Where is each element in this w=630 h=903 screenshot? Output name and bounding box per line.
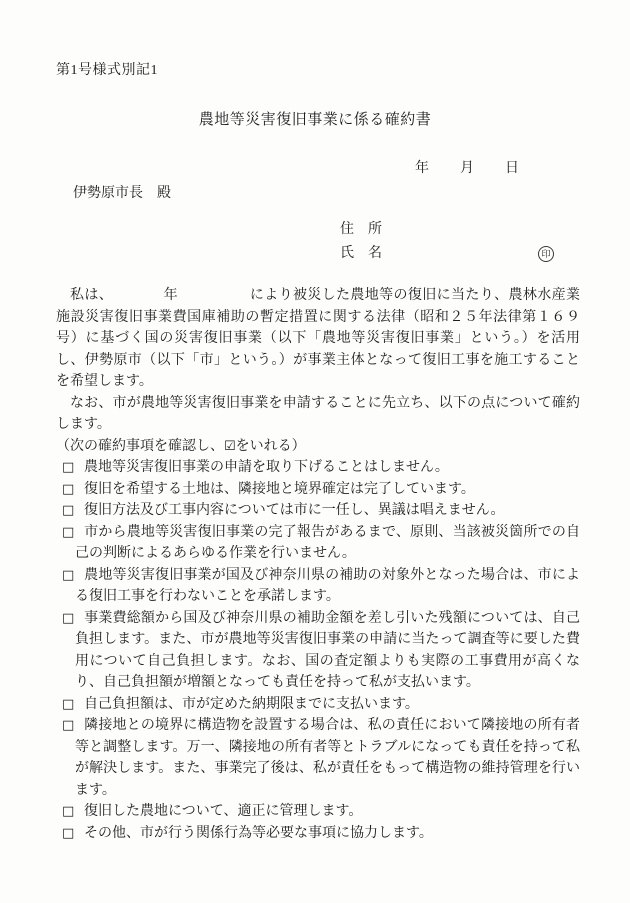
document-page: 第1号様式別記1 農地等災害復旧事業に係る確約書 年 月 日 伊勢原市長 殿 住…: [0, 0, 630, 903]
checkbox-icon[interactable]: □: [62, 801, 84, 823]
checklist-item-text: 復旧を希望する土地は、隣接地と境界確定は完了しています。: [84, 482, 475, 497]
seal-icon: 印: [538, 246, 554, 262]
checklist-item-text: 事業費総額から国及び神奈川県の補助金額を差し引いた残額については、自己負担します…: [75, 611, 580, 691]
checkbox-icon[interactable]: □: [62, 608, 84, 630]
checkbox-icon[interactable]: □: [62, 823, 84, 845]
checklist-item: □農地等災害復旧事業が国及び神奈川県の補助の対象外となった場合は、市による復旧工…: [56, 565, 580, 608]
checklist-item: □市から農地等災害復旧事業の完了報告があるまで、原則、当該被災箇所での自己の判断…: [56, 522, 580, 565]
checklist-item: □復旧を希望する土地は、隣接地と境界確定は完了しています。: [56, 479, 580, 501]
checklist-item-text: 復旧した農地について、適正に管理します。: [84, 804, 362, 819]
document-title: 農地等災害復旧事業に係る確約書: [0, 108, 630, 129]
address-row: 住 所: [340, 218, 570, 242]
checkbox-icon[interactable]: □: [62, 694, 84, 716]
address-label: 住 所: [340, 222, 382, 237]
checklist-item: □復旧した農地について、適正に管理します。: [56, 801, 580, 823]
recipient-line: 伊勢原市長 殿: [73, 182, 171, 202]
checklist-item-text: 隣接地との境界に構造物を設置する場合は、私の責任において隣接地の所有者等と調整し…: [75, 718, 580, 798]
checklist-item-text: 農地等災害復旧事業の申請を取り下げることはしません。: [84, 460, 449, 475]
checklist-item: □事業費総額から国及び神奈川県の補助金額を差し引いた残額については、自己負担しま…: [56, 608, 580, 694]
checklist-item-text: 復旧方法及び工事内容については市に一任し、異議は唱えません。: [84, 503, 505, 518]
checklist-instruction-suffix: をいれる）: [236, 439, 306, 454]
form-number: 第1号様式別記1: [56, 59, 158, 79]
checkbox-icon[interactable]: □: [62, 565, 84, 587]
checkbox-icon[interactable]: □: [62, 500, 84, 522]
document-body: 私は、 年 により被災した農地等の復旧に当たり、農林水産業施設災害復旧事業費国庫…: [56, 285, 580, 844]
checkbox-icon[interactable]: □: [62, 522, 84, 544]
checklist-instruction: （次の確約事項を確認し、☑をいれる）: [56, 436, 580, 458]
checklist-item: □復旧方法及び工事内容については市に一任し、異議は唱えません。: [56, 500, 580, 522]
intro-paragraph-1: 私は、 年 により被災した農地等の復旧に当たり、農林水産業施設災害復旧事業費国庫…: [56, 285, 580, 393]
checklist-item: □自己負担額は、市が定めた納期限までに支払います。: [56, 694, 580, 716]
checklist-instruction-prefix: （次の確約事項を確認し、: [56, 439, 224, 454]
checkbox-icon[interactable]: □: [62, 457, 84, 479]
name-row: 氏 名 印: [340, 242, 570, 266]
intro-paragraph-2: なお、市が農地等災害復旧事業を申請することに先立ち、以下の点について確約します。: [56, 393, 580, 436]
checkbox-icon[interactable]: □: [62, 479, 84, 501]
checklist-item: □農地等災害復旧事業の申請を取り下げることはしません。: [56, 457, 580, 479]
checklist-item: □その他、市が行う関係行為等必要な事項に協力します。: [56, 823, 580, 845]
checklist-item: □隣接地との境界に構造物を設置する場合は、私の責任において隣接地の所有者等と調整…: [56, 715, 580, 801]
checklist-item-text: 自己負担額は、市が定めた納期限までに支払います。: [84, 697, 419, 712]
signature-block: 住 所 氏 名 印: [340, 218, 570, 266]
checklist-item-text: その他、市が行う関係行為等必要な事項に協力します。: [84, 826, 433, 841]
name-label: 氏 名: [340, 246, 382, 261]
date-line: 年 月 日: [415, 157, 520, 177]
checklist-item-text: 農地等災害復旧事業が国及び神奈川県の補助の対象外となった場合は、市による復旧工事…: [75, 568, 580, 605]
checklist-item-text: 市から農地等災害復旧事業の完了報告があるまで、原則、当該被災箇所での自己の判断に…: [75, 525, 580, 562]
checked-box-icon: ☑: [224, 439, 236, 454]
checkbox-icon[interactable]: □: [62, 715, 84, 737]
